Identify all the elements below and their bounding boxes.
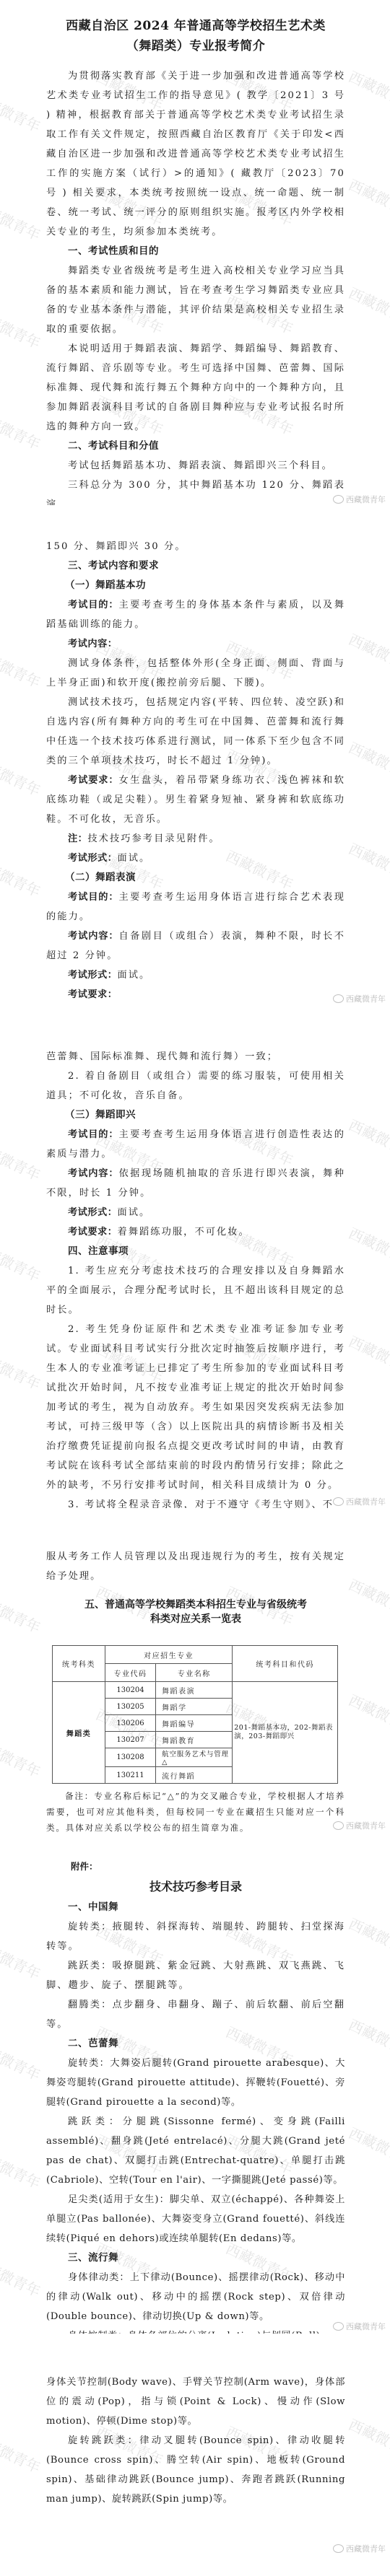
popular-control-a: 身体控制类：身体各部位的分离(Isolation)与划圆(Roll)、 [46,2326,345,2334]
mapping-table-wrapper: 统考科类 对应招生专业 统考科目和代码 专业代码 专业名称 舞蹈类 130204… [0,1626,390,1784]
name-cell: 舞蹈学 [156,1699,233,1715]
performance-req-1b: 芭蕾舞、国际标准舞、现代舞和流行舞）一致； [46,1047,345,1066]
section-3-heading: 三、考试内容和要求 [46,556,345,576]
section-3-1-heading: （一）舞蹈基本功 [46,576,345,595]
section-5-heading-line-1: 五、普通高等学校舞蹈类本科招生专业与省级统考 [46,1598,345,1612]
document-page-1: 西藏微青年 西藏微青年 西藏微青年 西藏微青年 西藏微青年 西藏微青年 西藏微青… [0,0,390,505]
basics-requirements: 考试要求：女生盘头，着吊带紧身练功衣、浅色裤袜和软底练功鞋（或足尖鞋）。男生着紧… [46,771,345,829]
document-page-2: 西藏微青年 西藏微青年 西藏微青年 西藏微青年 西藏微青年 西藏微青年 西藏微青… [0,505,390,1005]
page-4-content: 服从考务工作人员管理以及出现违规行为的考生，按有关规定给予处理。 五、普通高等学… [0,1508,390,1626]
name-cell: 航空服务艺术与管理△ [156,1748,233,1767]
header-subjects: 统考科目和代码 [233,1646,338,1682]
section-2-paragraph-2a: 三科总分为 300 分，其中舞蹈基本功 120 分、舞蹈表演 [46,476,345,505]
performance-purpose: 考试目的：主要考查考生运用身体语言进行综合艺术表现的能力。 [46,888,345,926]
section-1-paragraph-2: 本说明适用于舞蹈表演、舞蹈学、舞蹈编导、舞蹈教育、流行舞蹈、音乐剧等专业。考生可… [46,339,345,437]
page-3-content: 芭蕾舞、国际标准舞、现代舞和流行舞）一致； 2. 着自备剧目（或组合）需要的练习… [0,1005,390,1508]
section-4-heading: 四、注意事项 [46,1242,345,1261]
chinese-spin: 旋转类：掖腿转、斜探海转、端腿转、跨腿转、扫堂探海转等。 [46,1917,345,1956]
document-page-6: 西藏微青年 西藏微青年 西藏微青年 西藏微青年 身体关节控制(Body wave… [0,2334,390,2576]
category-cell: 舞蹈类 [53,1682,105,1784]
section-2-paragraph-2b: 150 分、舞蹈即兴 30 分。 [46,537,345,556]
ballet-pointe: 足尖类(适用于女生)：脚尖单、双立(échappé)、各种舞姿上单腿立(Pas … [46,2190,345,2248]
basics-content-label: 考试内容： [46,634,345,654]
header-group: 对应招生专业 [105,1646,232,1664]
document-page-3: 西藏微青年 西藏微青年 西藏微青年 西藏微青年 西藏微青年 西藏微青年 西藏微青… [0,1005,390,1508]
section-1-heading: 一、考试性质和目的 [46,242,345,261]
improv-form: 考试形式：面试。 [46,1203,345,1222]
wechat-icon [333,2322,344,2331]
brand-watermark: 西藏微青年 [333,494,386,505]
header-category: 统考科类 [53,1646,105,1682]
name-cell: 舞蹈教育 [156,1732,233,1748]
performance-form: 考试形式：面试。 [46,965,345,985]
performance-content: 考试内容：自备剧目（或组合）表演，舞种不限，时长不超过 2 分钟。 [46,926,345,965]
page-6-content: 身体关节控制(Body wave)、手臂关节控制(Arm wave)，身体部位的… [0,2334,390,2509]
document-title-line-2: （舞蹈类）专业报考简介 [46,36,345,56]
document-page-5: 西藏微青年 西藏微青年 西藏微青年 西藏微青年 西藏微青年 西藏微青年 西藏微青… [0,1833,390,2334]
code-cell: 130208 [105,1748,155,1767]
basics-purpose: 考试目的：主要考查考生的身体基本条件与素质，以及舞蹈基础训练的能力。 [46,595,345,634]
performance-req-label: 考试要求： [46,985,345,1004]
popular-dance-heading: 三、流行舞 [46,2248,345,2268]
popular-groove: 身体律动类：上下律动(Bounce)、摇摆律动(Rock)、移动中的律动(Wal… [46,2268,345,2326]
header-code: 专业代码 [105,1664,155,1682]
basics-content-2: 测试技术技巧，包括规定内容(平转、四位转、凌空跃)和自选内容(所有舞种方向的考生… [46,693,345,771]
mapping-table: 统考科类 对应招生专业 统考科目和代码 专业代码 专业名称 舞蹈类 130204… [52,1645,338,1784]
code-cell: 130206 [105,1715,155,1732]
basics-form: 考试形式：面试。 [46,849,345,868]
ballet-heading: 二、芭蕾舞 [46,2034,345,2054]
code-cell: 130211 [105,1767,155,1784]
basics-content-1: 测试身体条件，包括整体外形(全身正面、侧面、背面与上半身正面)和软开度(搬控前旁… [46,654,345,693]
notes-paragraph-2: 2. 考生凭身份证原件和艺术类专业准考证参加专业考试。专业面试科目考试实行分批次… [46,1320,345,1495]
chinese-jump: 跳跃类：吸撩腿跳、紫金冠跳、大射燕跳、双飞燕跳、飞脚、趱步、旋子、摆腿跳等。 [46,1956,345,1995]
name-cell: 舞蹈表演 [156,1682,233,1699]
brand-watermark: 西藏微青年 [333,1496,386,1507]
brand-watermark: 西藏微青年 [333,993,386,1004]
section-3-3-heading: （三）舞蹈即兴 [46,1105,345,1125]
notes-paragraph-1: 1. 考生应充分考虑技术技巧的合理安排以及自身舞蹈水平的全面展示，合理分配考试时… [46,1261,345,1320]
brand-watermark: 西藏微青年 [333,1820,386,1831]
code-cell: 130204 [105,1682,155,1699]
brand-watermark: 西藏微青年 [333,2321,386,2332]
wechat-icon [333,2544,344,2553]
wechat-icon [333,994,344,1003]
improv-content: 考试内容：依据现场随机抽取的音乐进行即兴表演，舞种不限，时长 1 分钟。 [46,1164,345,1203]
section-2-heading: 二、考试科目和分值 [46,437,345,456]
name-cell: 舞蹈编导 [156,1715,233,1732]
section-3-2-heading: （二）舞蹈表演 [46,868,345,888]
chinese-dance-heading: 一、中国舞 [46,1898,345,1917]
section-5-heading-line-2: 科类对应关系一览表 [46,1612,345,1626]
improv-requirements: 考试要求：着舞蹈练功服，不可化妆。 [46,1222,345,1242]
name-cell: 流行舞蹈 [156,1767,233,1784]
code-cell: 130207 [105,1732,155,1748]
appendix-title: 技术技巧参考目录 [46,1876,345,1898]
popular-spinjump: 旋转跳跃类：律动叉腿转(Bounce spin)、律动收腿转(Bounce cr… [46,2431,345,2509]
table-note: 备注：专业名称后标记“△”的为交叉融合专业，学校根据人才培养需要，也可对应其他科… [46,1788,345,1833]
ballet-jump: 跳跃类：分腿跳(Sissonne fermé)、变身跳(Failli assem… [46,2112,345,2190]
popular-control-b: 身体关节控制(Body wave)、手臂关节控制(Arm wave)，身体部位的… [46,2373,345,2431]
performance-req-2: 2. 着自备剧目（或组合）需要的练习服装，可使用相关道具；不可化妆，音乐自备。 [46,1066,345,1105]
page-5-content: 附件： 技术技巧参考目录 一、中国舞 旋转类：掖腿转、斜探海转、端腿转、跨腿转、… [0,1833,390,2334]
intro-paragraph: 为贯彻落实教育部《关于进一步加强和改进普通高等学校艺术类专业考试招生工作的指导意… [46,66,345,242]
document-page-4: 西藏微青年 西藏微青年 西藏微青年 西藏微青年 西藏微青年 西藏微青年 西藏微青… [0,1508,390,1833]
table-row: 舞蹈类 130204 舞蹈表演 201-舞蹈基本功，202-舞蹈表演，203-舞… [53,1682,338,1699]
page-1-content: 西藏自治区 2024 年普通高等学校招生艺术类 （舞蹈类）专业报考简介 为贯彻落… [0,0,390,505]
document-title-line-1: 西藏自治区 2024 年普通高等学校招生艺术类 [46,16,345,36]
wechat-icon [333,495,344,504]
section-1-paragraph-1: 舞蹈类专业省级统考是考生进入高校相关专业学习应当具备的基本素质和能力测试，旨在考… [46,261,345,339]
notes-paragraph-3a: 3. 考试将全程录音录像，对于不遵守《考生守则》、不 [46,1495,345,1508]
basics-note: 注：技术技巧参考目录见附件。 [46,829,345,849]
improv-purpose: 考试目的：主要考查考生运用身体语言进行创造性表达的素质与潜力。 [46,1125,345,1164]
ballet-spin: 旋转类：大舞姿后腿转(Grand pirouette arabesque)、大舞… [46,2054,345,2112]
wechat-icon [333,1821,344,1830]
notes-paragraph-3b: 服从考务工作人员管理以及出现违规行为的考生，按有关规定给予处理。 [46,1547,345,1586]
code-cell: 130205 [105,1699,155,1715]
brand-watermark: 西藏微青年 [333,2543,386,2554]
subjects-cell: 201-舞蹈基本功，202-舞蹈表演，203-舞蹈即兴 [233,1682,338,1784]
header-name: 专业名称 [156,1664,233,1682]
section-2-paragraph-1: 考试包括舞蹈基本功、舞蹈表演、舞蹈即兴三个科目。 [46,456,345,476]
table-note-wrapper: 备注：专业名称后标记“△”的为交叉融合专业，学校根据人才培养需要，也可对应其他科… [0,1784,390,1833]
page-2-content: 150 分、舞蹈即兴 30 分。 三、考试内容和要求 （一）舞蹈基本功 考试目的… [0,505,390,1005]
wechat-icon [333,1497,344,1506]
appendix-label: 附件： [46,1857,345,1876]
chinese-tumble: 翻腾类：点步翻身、串翻身、蹦子、前后软翻、前后空翻等。 [46,1995,345,2034]
